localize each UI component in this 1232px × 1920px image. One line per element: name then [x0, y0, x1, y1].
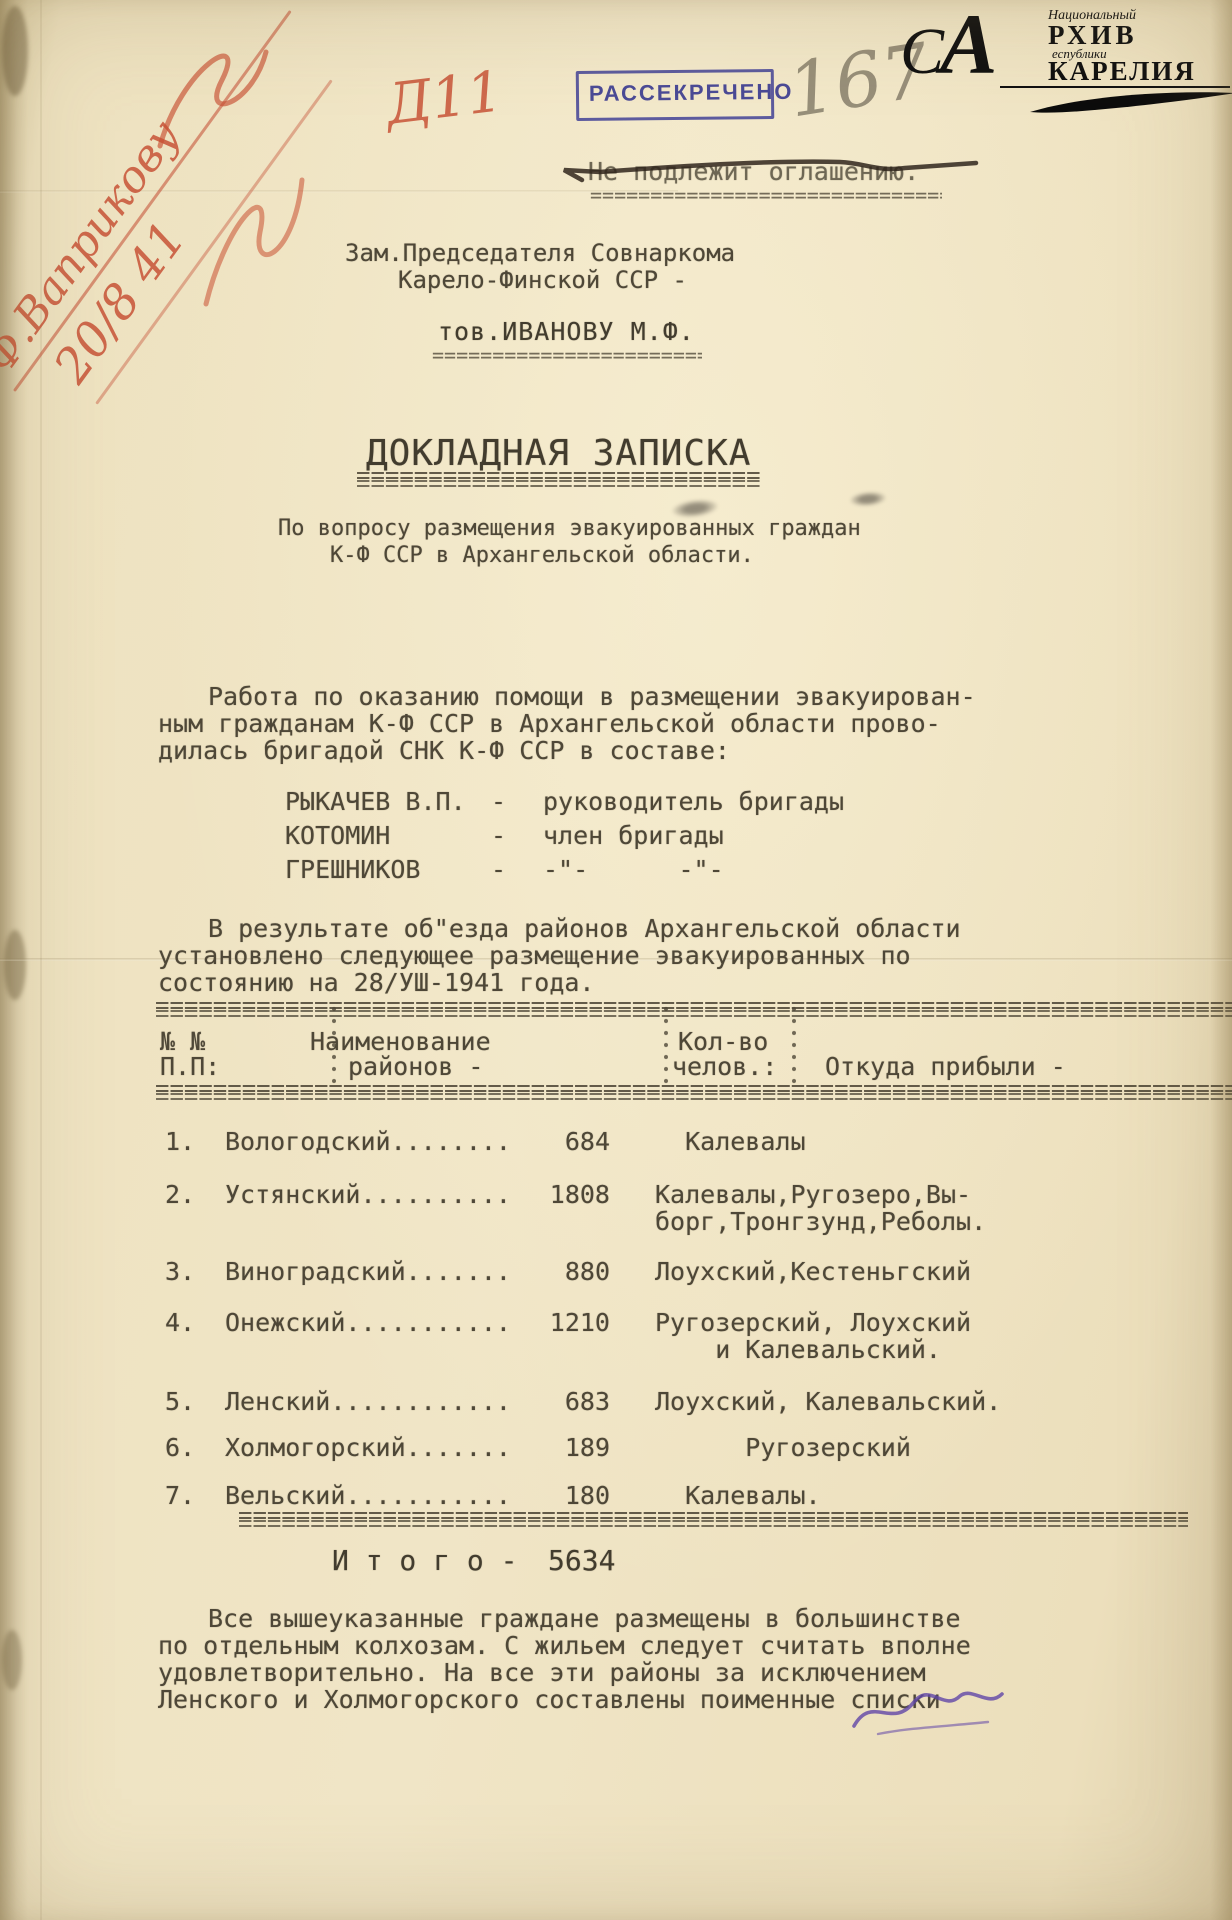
scanned-document-page: Ф.Ваприкову 20/8 41 Д11 РАССЕКРЕЧЕНО 167…	[0, 0, 1232, 1920]
brigade-dash: -	[491, 822, 543, 850]
people-count: 684	[492, 1128, 610, 1156]
feather-icon	[1028, 90, 1232, 116]
paragraph3-line-3: удовлетворительно. На все эти районы за …	[158, 1659, 926, 1687]
paper-stain	[4, 930, 26, 1000]
subject-line-2: К-Ф ССР в Архангельской области.	[330, 544, 754, 569]
declassified-stamp: РАССЕКРЕЧЕНО	[576, 69, 775, 121]
people-count: 180	[492, 1482, 610, 1510]
table-header-district-2: районов -	[348, 1053, 483, 1081]
row-number: 3.	[165, 1258, 195, 1286]
people-count: 1210	[492, 1309, 610, 1337]
row-number: 4.	[165, 1309, 195, 1337]
logo-flourish-letter: С	[900, 14, 944, 90]
total-label: И т о г о -	[332, 1545, 517, 1576]
table-bottom-border: ========================================…	[238, 1508, 1188, 1532]
row-number: 1.	[165, 1128, 195, 1156]
district-name: Виноградский.......	[225, 1258, 511, 1286]
total-value: 5634	[548, 1545, 615, 1576]
smudge	[849, 490, 886, 507]
origin-districts: Ругозерский	[655, 1434, 911, 1462]
people-count: 683	[492, 1388, 610, 1416]
archive-logo: С А Национальный РХИВ еспублики КАРЕЛИЯ	[900, 2, 1230, 102]
people-count: 189	[492, 1434, 610, 1462]
table-header-origin: Откуда прибыли -	[825, 1053, 1066, 1081]
paper-stain	[2, 6, 28, 96]
brigade-role: член бригады	[543, 822, 724, 850]
district-name: Онежский...........	[225, 1309, 511, 1337]
paper-stain	[2, 1630, 22, 1690]
paragraph2-line-2: установлено следующее размещение эвакуир…	[158, 942, 911, 970]
brigade-name: РЫКАЧЕВ В.П.	[285, 788, 491, 816]
origin-districts: Калевалы.	[655, 1482, 821, 1510]
district-name: Вельский...........	[225, 1482, 511, 1510]
logo-word-karelia: КАРЕЛИЯ	[1048, 56, 1196, 87]
paragraph3-line-1: Все вышеуказанные граждане размещены в б…	[208, 1605, 961, 1633]
table-top-border: ========================================…	[155, 998, 1232, 1022]
people-count: 1808	[492, 1181, 610, 1209]
table-header-border: ========================================…	[155, 1081, 1232, 1105]
table-header-count-2: челов.:	[672, 1053, 777, 1081]
brigade-dash: -	[491, 788, 543, 816]
recipient-underline: ========================================…	[432, 348, 702, 364]
recipient-line-1: Зам.Председателя Совнаркома	[345, 240, 735, 267]
people-count: 880	[492, 1258, 610, 1286]
table-column-separator	[792, 1006, 796, 1090]
subject-line-1: По вопросу размещения эвакуированных гра…	[278, 517, 861, 542]
brigade-role: руководитель бригады	[543, 788, 844, 816]
logo-big-letter: А	[940, 0, 997, 94]
paragraph1-line-2: ным гражданам К-Ф ССР в Архангельской об…	[158, 710, 941, 738]
paragraph2-line-1: В результате об"езда районов Архангельск…	[208, 915, 961, 943]
district-name: Холмогорский.......	[225, 1434, 511, 1462]
origin-districts: Калевалы	[655, 1128, 806, 1156]
row-number: 7.	[165, 1482, 195, 1510]
crossed-line-underline: ========================================…	[590, 188, 942, 204]
brigade-row: КОТОМИН - член бригады	[285, 822, 724, 850]
origin-districts: Калевалы,Ругозеро,Вы-	[655, 1181, 971, 1209]
red-pencil-flourish	[196, 158, 316, 318]
row-number: 2.	[165, 1181, 195, 1209]
district-name: Ленский............	[225, 1388, 511, 1416]
origin-districts: и Калевальский.	[655, 1336, 941, 1364]
table-column-separator	[332, 1006, 336, 1090]
red-pencil-flourish	[148, 22, 278, 162]
table-header-num-2: П.П:	[160, 1053, 220, 1081]
strikethrough-stroke	[560, 150, 980, 184]
paragraph1-line-3: дилась бригадой СНК К-Ф ССР в составе:	[158, 737, 730, 765]
paragraph3-line-2: по отдельным колхозам. С жильем следует …	[158, 1632, 971, 1660]
origin-districts: Лоухский, Калевальский.	[655, 1388, 1001, 1416]
district-name: Вологодский........	[225, 1128, 511, 1156]
brigade-role: -"- -"-	[543, 856, 724, 884]
paragraph2-line-3: состоянию на 28/УШ-1941 года.	[158, 969, 595, 997]
brigade-name: ГРЕШНИКОВ	[285, 856, 491, 884]
recipient-line-3: тов.ИВАНОВУ М.Ф.	[438, 318, 695, 346]
recipient-line-2: Карело-Финской ССР -	[398, 267, 687, 294]
brigade-name: КОТОМИН	[285, 822, 491, 850]
origin-districts: Ругозерский, Лоухский	[655, 1309, 971, 1337]
red-pencil-note: Д11	[382, 59, 506, 138]
origin-districts: борг,Тронгзунд,Реболы.	[655, 1208, 986, 1236]
district-name: Устянский..........	[225, 1181, 511, 1209]
brigade-row: ГРЕШНИКОВ - -"- -"-	[285, 856, 724, 884]
paragraph1-line-1: Работа по оказанию помощи в размещении э…	[208, 683, 976, 711]
row-number: 6.	[165, 1434, 195, 1462]
brigade-dash: -	[491, 856, 543, 884]
brigade-row: РЫКАЧЕВ В.П. - руководитель бригады	[285, 788, 844, 816]
table-column-separator	[664, 1006, 668, 1090]
title-underline: ========================================…	[356, 468, 760, 492]
paragraph3-line-4: Ленского и Холмогорского составлены поим…	[158, 1686, 941, 1714]
origin-districts: Лоухский,Кестеньгский	[655, 1258, 971, 1286]
row-number: 5.	[165, 1388, 195, 1416]
logo-underline	[1000, 86, 1230, 88]
ink-annotation	[848, 1682, 1008, 1740]
